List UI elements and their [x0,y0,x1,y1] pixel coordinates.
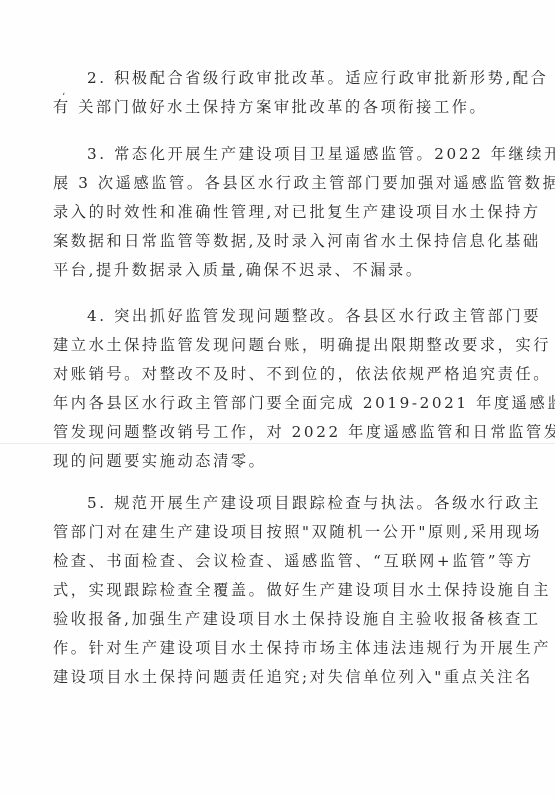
paragraph-line: 管部门对在建生产建设项目按照"双随机一公开"原则,采用现场 [53,518,511,547]
paragraph-line: 现的问题要实施动态清零。 [53,447,511,476]
paragraph-line: 管发现问题整改销号工作，对 2022 年度遥感监管和日常监管发 [53,418,511,447]
paragraph-item-2: 2. 积极配合省级行政审批改革。适应行政审批新形势,配合 有 关部门做好水土保持… [53,64,511,122]
paragraph-line: 展 3 次遥感监管。各县区水行政主管部门要加强对遥感监管数据 [53,169,511,198]
paragraph-line: 年内各县区水行政主管部门要全面完成 2019-2021 年度遥感监 [53,389,511,418]
paragraph-line: 式，实现跟踪检查全覆盖。做好生产建设项目水土保持设施自主 [53,576,511,605]
paragraph-line: 5. 规范开展生产建设项目跟踪检查与执法。各级水行政主 [53,489,511,518]
paragraph-line: 检查、书面检查、会议检查、遥感监管、“互联网+监管”等方 [53,547,511,576]
paragraph-line: 对账销号。对整改不及时、不到位的，依法依规严格追究责任。 [53,360,511,389]
paragraph-line: 作。针对生产建设项目水土保持市场主体违法违规行为开展生产 [53,634,511,663]
paragraph-item-3: 3. 常态化开展生产建设项目卫星遥感监管。2022 年继续开 展 3 次遥感监管… [53,140,511,285]
paragraph-line: 录入的时效性和准确性管理,对已批复生产建设项目水土保持方 [53,198,511,227]
paragraph-line: 建设项目水土保持问题责任追究;对失信单位列入"重点关注名 [53,663,511,692]
paragraph-item-5: 5. 规范开展生产建设项目跟踪检查与执法。各级水行政主 管部门对在建生产建设项目… [53,489,511,692]
paragraph-line: 有 关部门做好水土保持方案审批改革的各项衔接工作。 [53,93,511,122]
paragraph-line: 4. 突出抓好监管发现问题整改。各县区水行政主管部门要 [53,302,511,331]
document-page: ، 2. 积极配合省级行政审批改革。适应行政审批新形势,配合 有 关部门做好水土… [0,0,555,797]
paragraph-line: 3. 常态化开展生产建设项目卫星遥感监管。2022 年继续开 [53,140,511,169]
paragraph-line: 平台,提升数据录入质量,确保不迟录、不漏录。 [53,256,511,285]
paragraph-line: 验收报备,加强生产建设项目水土保持设施自主验收报备核查工 [53,605,511,634]
paragraph-line: 2. 积极配合省级行政审批改革。适应行政审批新形势,配合 [53,64,511,93]
paragraph-line: 案数据和日常监管等数据,及时录入河南省水土保持信息化基础 [53,227,511,256]
paragraph-item-4: 4. 突出抓好监管发现问题整改。各县区水行政主管部门要 建立水土保持监管发现问题… [53,302,511,476]
paragraph-line: 建立水土保持监管发现问题台账，明确提出限期整改要求，实行 [53,331,511,360]
